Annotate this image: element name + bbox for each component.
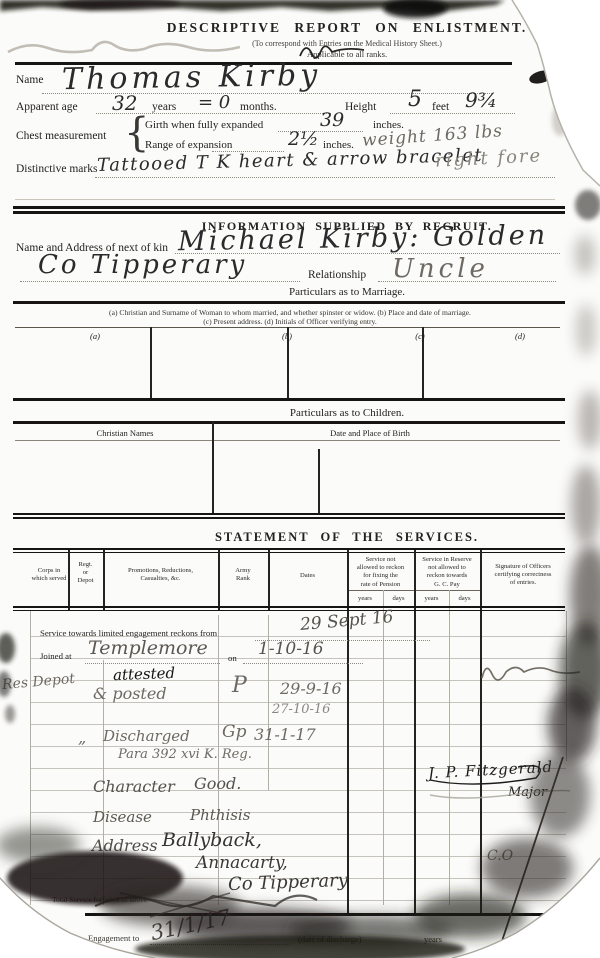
marriage-divider-3: [422, 327, 424, 398]
body-v-right: [566, 611, 567, 761]
character-label: Character: [93, 777, 175, 796]
address-line1: Ballyback,: [162, 829, 262, 851]
marriage-top-rule: [13, 301, 565, 304]
marriage-note2: (c) Present address. (d) Initials of Off…: [30, 317, 550, 326]
marriage-note1: (a) Christian and Surname of Woman to wh…: [30, 308, 550, 317]
hdr-v9: [480, 550, 482, 610]
pension-years: years: [347, 595, 383, 603]
reserve-years: years: [414, 595, 449, 603]
on-label: on: [228, 653, 237, 663]
marriage-divider-2: [287, 327, 289, 398]
services-hdr-bottom1: [13, 606, 565, 608]
disease-label: Disease: [93, 808, 152, 826]
marriage-col-a: (a): [55, 331, 135, 341]
section-rule: [13, 206, 565, 209]
pension-days: days: [383, 595, 414, 603]
discharge-label: (date of discharge): [298, 934, 362, 944]
officer-rank: Major: [508, 785, 547, 800]
row2-ditto: „: [78, 728, 86, 747]
apparent-age-label: Apparent age: [16, 101, 78, 113]
row2-para: Para 392 xvi K. Reg.: [118, 747, 252, 762]
top-stain: [0, 0, 505, 13]
height-inches-value: 9¾: [465, 88, 497, 112]
col-reserve: Service in Reserve not allowed to reckon…: [414, 556, 480, 589]
hdr-v4: [268, 550, 270, 610]
services-bottom-rule: [85, 913, 565, 916]
marriage-col-c: (c): [380, 331, 460, 341]
col-signature: Signature of Officers certifying correct…: [480, 563, 566, 588]
col-corps: Corps in which served: [30, 567, 68, 583]
expansion-value: 2½: [288, 128, 319, 150]
children-top-rule: [13, 421, 565, 424]
footer-years-label: years: [424, 934, 442, 944]
relationship-label: Relationship: [308, 269, 366, 281]
total-label: Total Service forfeited as above: [52, 895, 147, 904]
marriage-bottom-rule: [13, 398, 565, 401]
hdr-v7: [414, 550, 416, 610]
col-regt: Regt. or Depot: [68, 561, 103, 586]
character-value: Good.: [194, 774, 241, 793]
name-label: Name: [16, 74, 43, 86]
row1-date2: 27-10-16: [272, 702, 330, 717]
joined-date: 1-10-16: [258, 639, 324, 659]
body-v-reserve: [414, 611, 416, 914]
relationship-value: Uncle: [392, 254, 489, 284]
expansion-label: Range of expansion: [145, 139, 232, 151]
joined-label: Joined at: [40, 651, 72, 661]
services-top-rule2: [13, 552, 565, 553]
engagement-underline: [150, 944, 290, 945]
row2-date: 31-1-17: [254, 725, 316, 744]
chest-label: Chest measurement: [16, 130, 106, 142]
months-label: months.: [240, 101, 277, 113]
col-rank: Army Rank: [218, 567, 268, 583]
children-bottom-rule2: [13, 517, 565, 519]
col-promotions: Promotions, Reductions, Casualties, &c.: [103, 567, 218, 583]
hdr-v1: [68, 550, 70, 610]
marriage-col-d: (d): [480, 331, 560, 341]
height-feet-value: 5: [408, 87, 422, 112]
children-bottom-rule1: [13, 513, 565, 515]
body-v-left: [30, 611, 31, 905]
height-label: Height: [345, 101, 376, 113]
section-rule2: [13, 211, 565, 214]
address-label: Address: [92, 836, 158, 855]
children-divider-2: [318, 449, 320, 513]
co-mark: C.O: [487, 848, 513, 864]
children-col-names: Christian Names: [45, 428, 205, 438]
marks-underline: [95, 177, 555, 178]
row1-attested: attested: [113, 664, 176, 684]
enlistment-form-page: DESCRIPTIVE REPORT ON ENLISTMENT. (To co…: [0, 0, 600, 958]
hdr-v5: [347, 550, 349, 610]
services-title: STATEMENT OF THE SERVICES.: [97, 530, 597, 545]
body-v-pension: [347, 611, 349, 914]
ink-blot: [528, 68, 554, 86]
height-underline: [390, 113, 515, 114]
hdr-v2: [103, 550, 105, 610]
joined-place: Templemore: [88, 637, 208, 659]
years-label: years: [152, 101, 176, 113]
children-col-birth: Date and Place of Birth: [240, 428, 500, 438]
girth-label: Girth when fully expanded: [145, 119, 263, 131]
marriage-divider-1: [150, 327, 152, 398]
kin-line2: Co Tipperary: [38, 250, 247, 280]
joined-underline2: [243, 663, 363, 664]
page-subtitle2: Applicable to all ranks.: [87, 49, 600, 59]
name-value: Thomas Kirby: [62, 58, 322, 98]
marriage-title: Particulars as to Marriage.: [147, 286, 547, 298]
hdr-v3: [218, 550, 220, 610]
engagement-label: Engagement to: [88, 933, 139, 943]
marks-value2: right fore: [435, 145, 543, 172]
page-subtitle: (To correspond with Entries on the Medic…: [87, 39, 600, 48]
girth-value: 39: [320, 109, 344, 131]
body-v-f4: [383, 611, 384, 905]
children-title: Particulars as to Children.: [147, 407, 547, 419]
address-line3: Co Tipperary: [228, 870, 349, 895]
col-dates: Dates: [268, 572, 347, 580]
row1-rank: P: [232, 673, 247, 698]
corner-scribble: [546, 3, 568, 14]
blank-line: [15, 199, 555, 200]
age-months-value: = 0: [198, 92, 230, 113]
row1-date1: 29-9-16: [280, 679, 342, 698]
children-divider-1: [212, 421, 214, 513]
reserve-days: days: [449, 595, 480, 603]
address-line2: Annacarty,: [196, 853, 288, 873]
services-hdr-bottom2: [13, 610, 565, 611]
row2-gp: Gp: [222, 722, 246, 742]
feet-label: feet: [432, 101, 449, 113]
kin-underline2: [20, 281, 300, 282]
marks-label: Distinctive marks: [16, 163, 97, 175]
services-top-rule1: [13, 548, 565, 550]
row2-discharged: Discharged: [103, 727, 190, 745]
engagement-date: 31/1/17: [148, 905, 232, 945]
col-pension: Service not allowed to reckon for fixing…: [347, 556, 414, 589]
name-underline: [42, 93, 492, 94]
relationship-underline: [378, 281, 556, 282]
children-header-line: [15, 440, 560, 441]
row1-posted: & posted: [93, 684, 167, 703]
body-v-f5: [449, 611, 450, 905]
disease-value: Phthisis: [190, 806, 250, 824]
page-title: DESCRIPTIVE REPORT ON ENLISTMENT.: [87, 20, 600, 36]
